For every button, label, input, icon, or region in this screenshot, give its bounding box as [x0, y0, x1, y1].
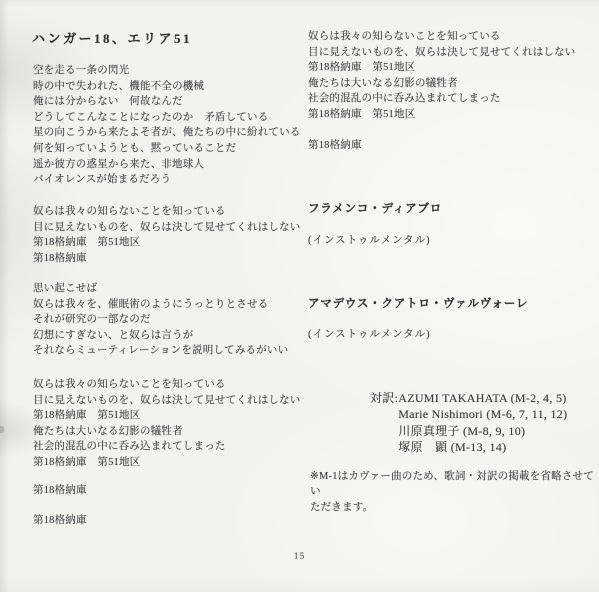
lyrics-stanza-3: 思い起こせば 奴らは我々を、催眠術のようにうっとりとさせる それが研究の一部なの…: [33, 281, 303, 359]
booklet-scan-page: ハンガー18、エリア51 空を走る一条の閃光 時の中で失われた、機能不全の機械 …: [0, 0, 599, 592]
cover-song-footnote: ※M-1はカヴァー曲のため、歌詞・対訳の掲載を省略させてい ただきます。: [310, 469, 595, 515]
lyrics-refrain-2: 第18格納庫: [33, 513, 87, 529]
translator-name: 川原真理子 (M-8, 9, 10): [398, 423, 567, 439]
lyrics-stanza-4: 奴らは我々の知らないことを知っている 目に見えないものを、奴らは決して見せてくれ…: [33, 377, 303, 471]
instrumental-note-1: (インストゥルメンタル): [308, 233, 431, 249]
page-number: 15: [0, 552, 599, 562]
song-title: ハンガー18、エリア51: [32, 31, 192, 47]
translator-name: Marie Nishimori (M-6, 7, 11, 12): [398, 406, 567, 422]
lyrics-refrain-1: 第18格納庫: [33, 483, 87, 499]
translator-credits: 対訳: AZUMI TAKAHATA (M-2, 4, 5) Marie Nis…: [370, 390, 567, 455]
translator-name-list: AZUMI TAKAHATA (M-2, 4, 5) Marie Nishimo…: [398, 390, 567, 455]
lyrics-stanza-2: 奴らは我々の知らないことを知っている 目に見えないものを、奴らは決して見せてくれ…: [33, 204, 303, 266]
track-title-amadeus-quattro-valvole: アマデウス・クアトロ・ヴァルヴォーレ: [308, 297, 528, 313]
translators-label: 対訳:: [370, 390, 398, 406]
scan-edge-artifact: [0, 426, 4, 433]
lyrics-refrain-3: 第18格納庫: [308, 138, 362, 154]
translator-name: AZUMI TAKAHATA (M-2, 4, 5): [398, 390, 567, 406]
lyrics-stanza-5: 奴らは我々の知らないことを知っている 目に見えないものを、奴らは決して見せてくれ…: [308, 29, 588, 123]
lyrics-stanza-1: 空を走る一条の閃光 時の中で失われた、機能不全の機械 俺には分からない 何故なん…: [33, 63, 303, 188]
instrumental-note-2: (インストゥルメンタル): [308, 327, 431, 343]
translator-name: 塚原 顕 (M-13, 14): [398, 439, 567, 455]
track-title-flamenco-diablo: フラメンコ・ディアブロ: [308, 202, 442, 218]
